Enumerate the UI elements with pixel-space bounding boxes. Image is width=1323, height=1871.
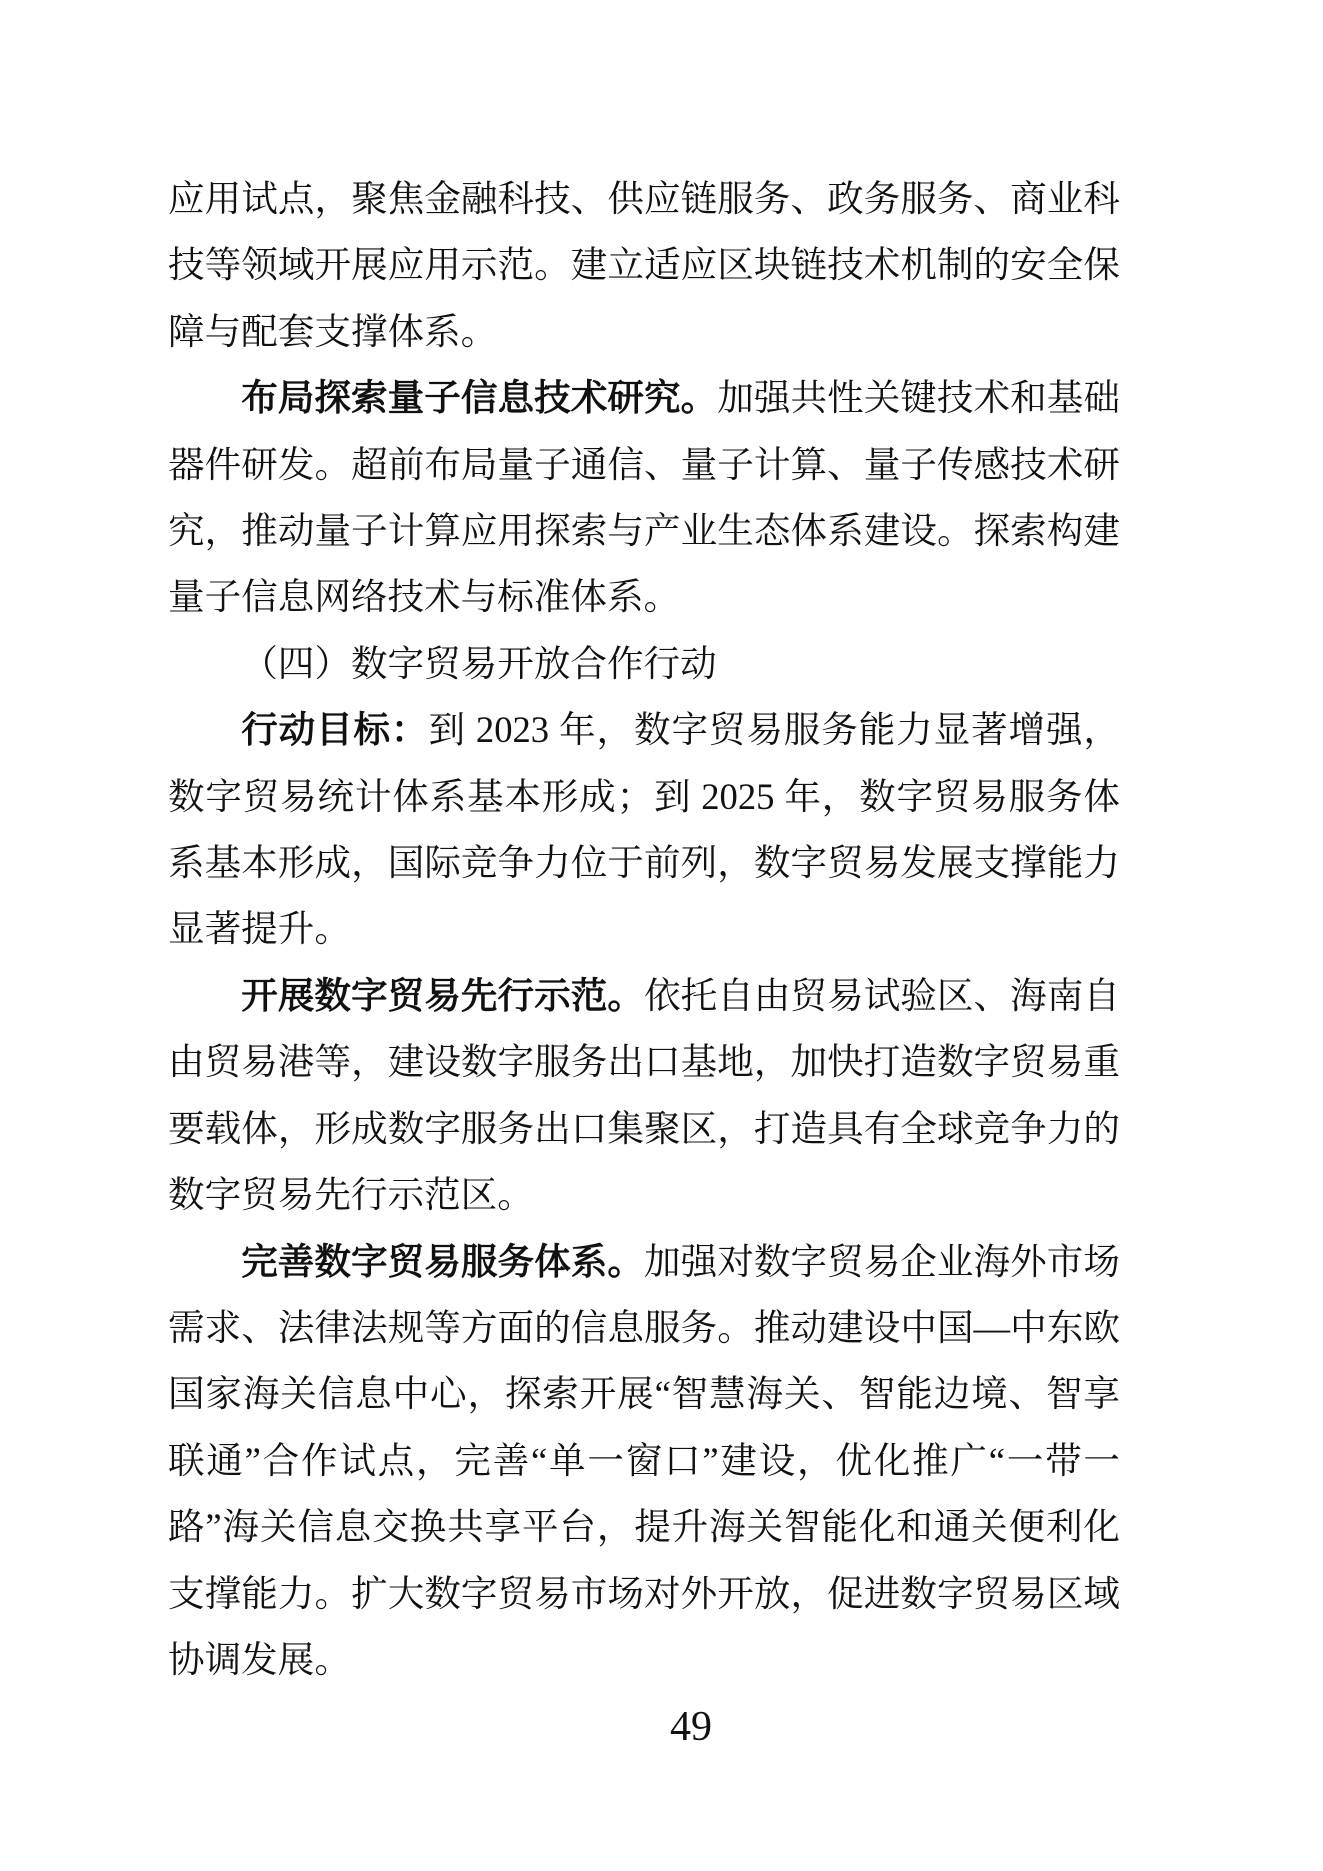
paragraph-text: 加强对数字贸易企业海外市场需求、法律法规等方面的信息服务。推动建设中国—中东欧国… [168, 1241, 1120, 1680]
paragraph-text: 应用试点，聚焦金融科技、供应链服务、政务服务、商业科技等领域开展应用示范。建立适… [168, 178, 1120, 352]
paragraph: 完善数字贸易服务体系。加强对数字贸易企业海外市场需求、法律法规等方面的信息服务。… [168, 1229, 1120, 1694]
paragraph-lead: 开展数字贸易先行示范。 [241, 975, 644, 1016]
paragraph-lead: 完善数字贸易服务体系。 [241, 1241, 644, 1282]
paragraph-lead: 行动目标： [241, 709, 428, 750]
paragraph: 应用试点，聚焦金融科技、供应链服务、政务服务、商业科技等领域开展应用示范。建立适… [168, 166, 1120, 365]
document-body: 应用试点，聚焦金融科技、供应链服务、政务服务、商业科技等领域开展应用示范。建立适… [168, 166, 1120, 1693]
page-number: 49 [670, 1706, 712, 1748]
document-page: 应用试点，聚焦金融科技、供应链服务、政务服务、商业科技等领域开展应用示范。建立适… [0, 0, 1323, 1871]
paragraph: 行动目标：到 2023 年，数字贸易服务能力显著增强，数字贸易统计体系基本形成；… [168, 697, 1120, 963]
paragraph-text: （四）数字贸易开放合作行动 [241, 643, 717, 684]
paragraph: 布局探索量子信息技术研究。加强共性关键技术和基础器件研发。超前布局量子通信、量子… [168, 365, 1120, 631]
section-heading: （四）数字贸易开放合作行动 [168, 631, 1120, 697]
paragraph: 开展数字贸易先行示范。依托自由贸易试验区、海南自由贸易港等，建设数字服务出口基地… [168, 963, 1120, 1229]
paragraph-lead: 布局探索量子信息技术研究。 [241, 377, 717, 418]
